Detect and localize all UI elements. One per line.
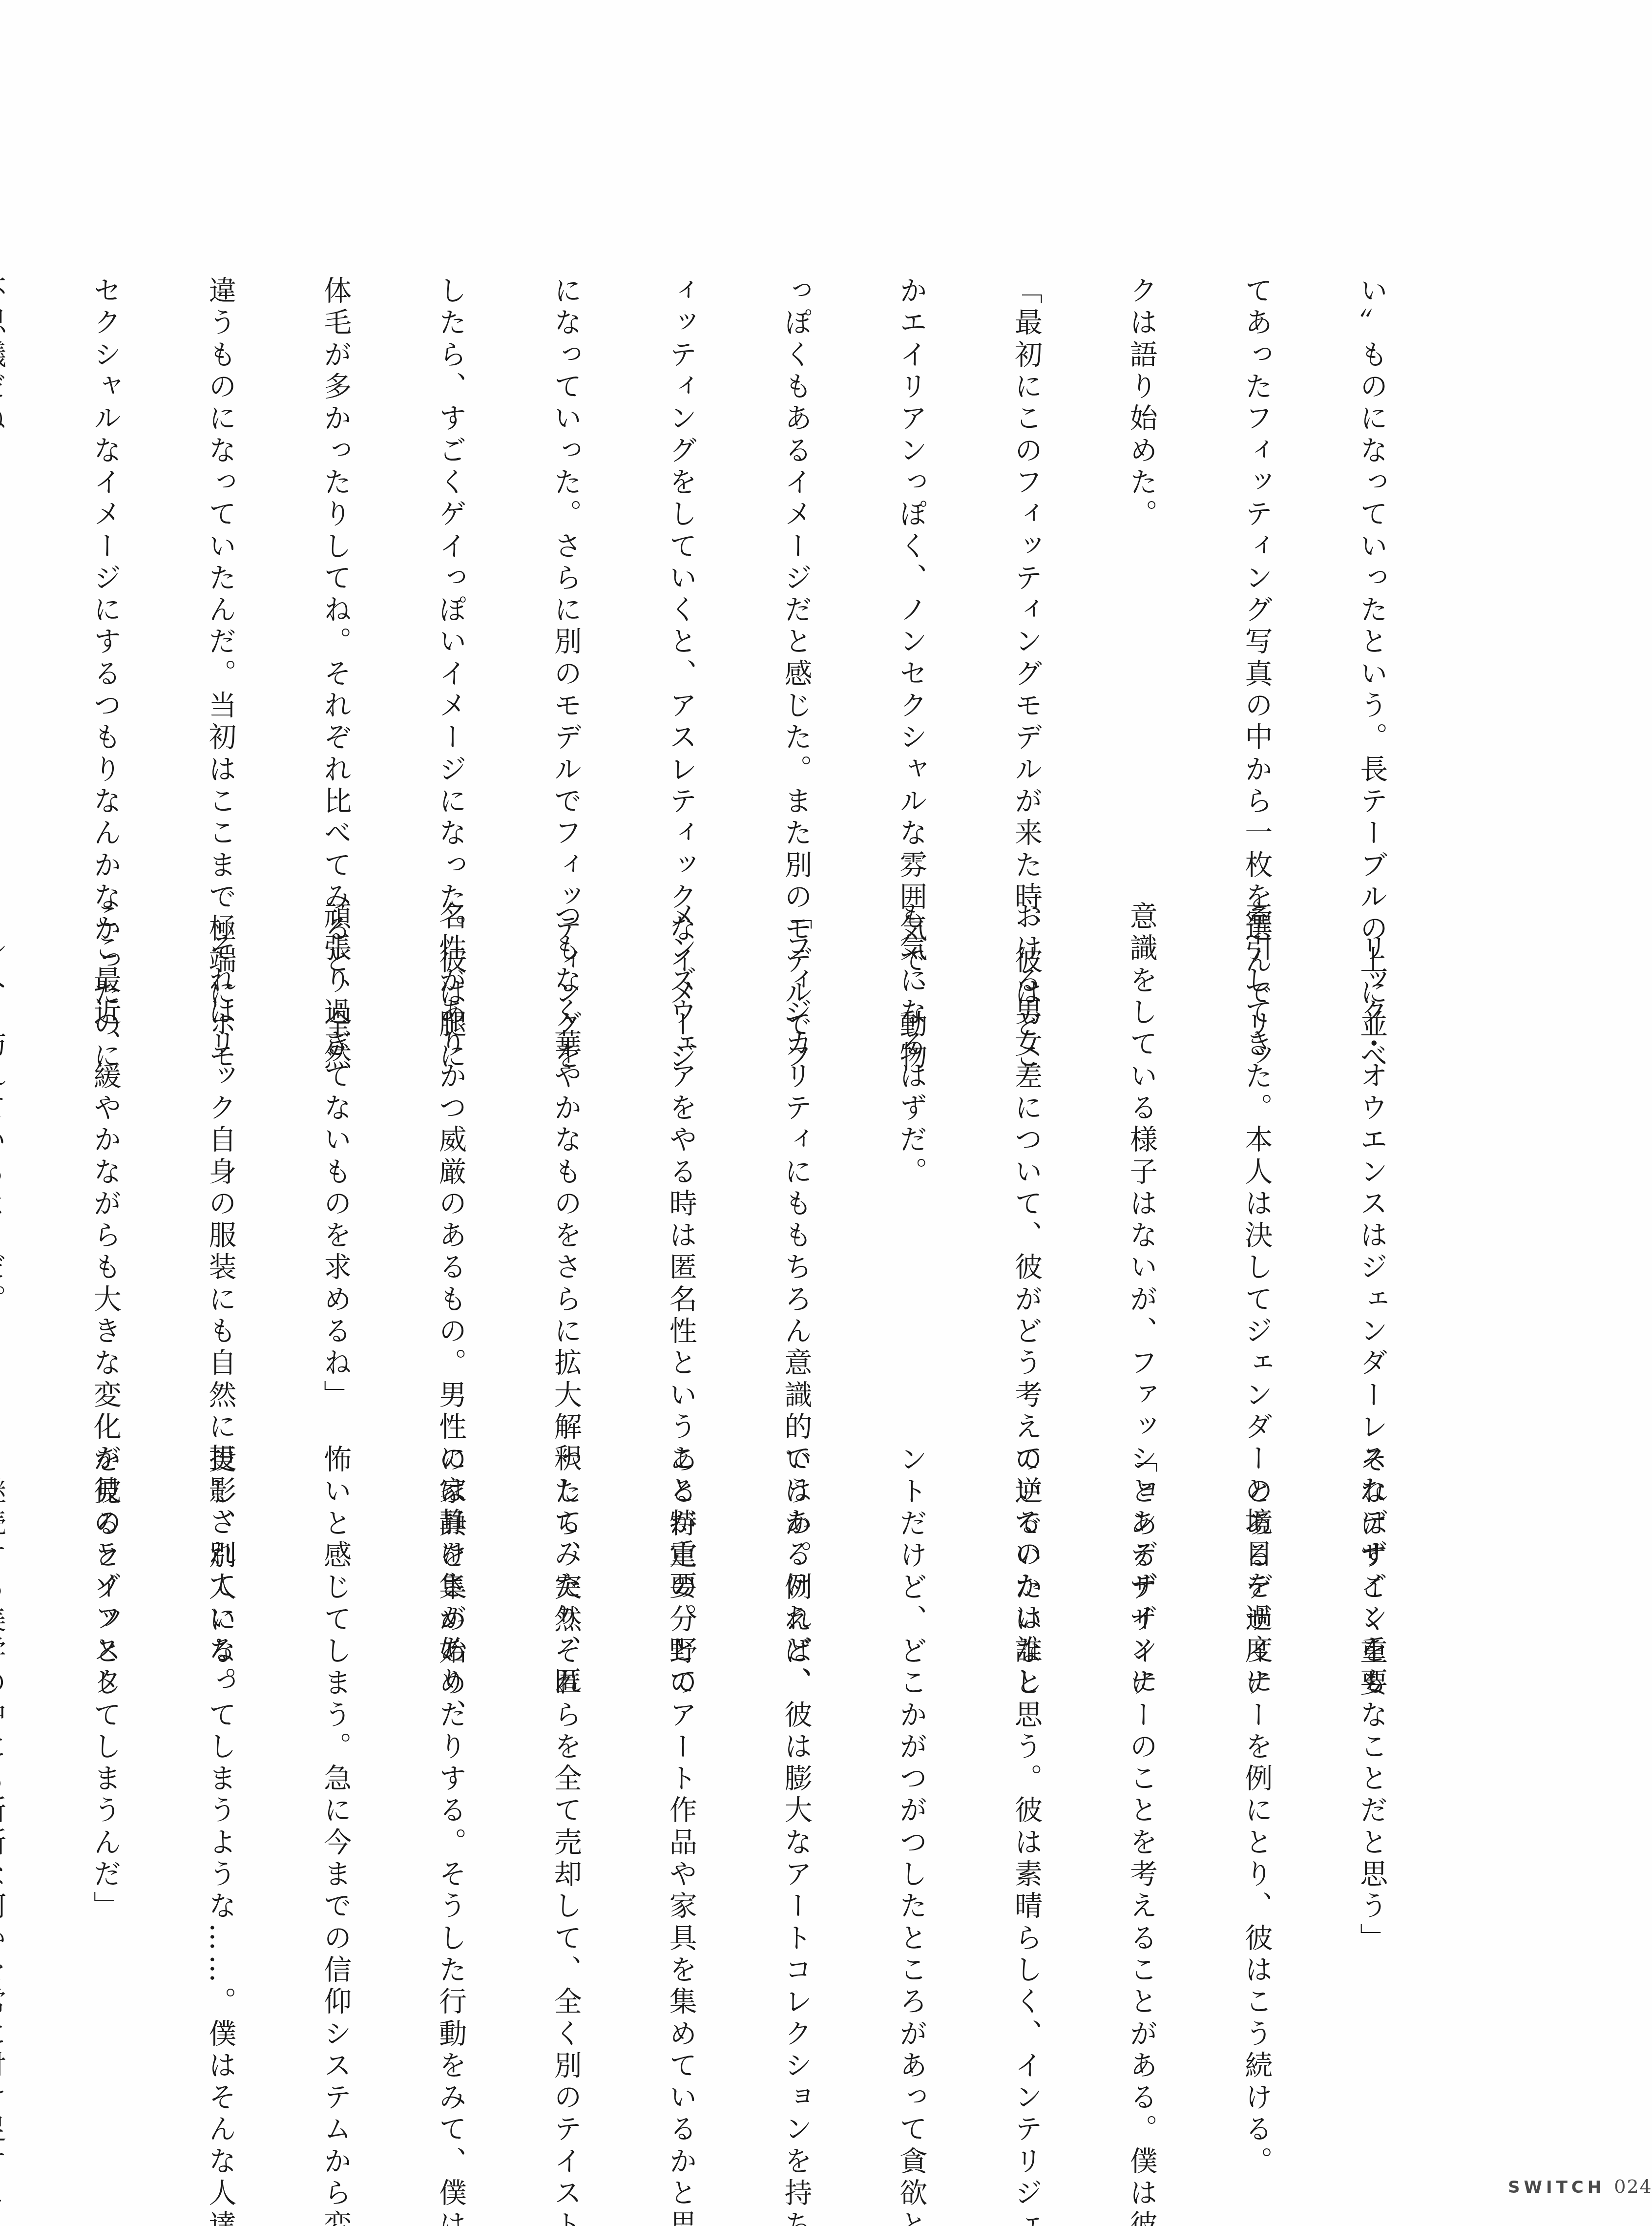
text-column: 名性がありかつ威厳のあるもの。男性には静けさがあり、: [431, 902, 470, 1483]
text-column: 「最初にこのフィッティングモデルが来た時、彼はどこ: [1007, 276, 1046, 857]
text-column: かエイリアンっぽく、ノンセクシャルな雰囲気で、動物: [892, 276, 930, 857]
text-column: クは語り始めた。: [1122, 276, 1161, 857]
text-column: ここ最近、緩やかながらも大きな変化が彼のライフスタ: [86, 902, 125, 1483]
text-column: っぽくもあるイメージだと感じた。また別のモデルでフ: [776, 276, 815, 857]
text-column: イルへと訪れているようだ。: [0, 902, 9, 1483]
text-column: てあったフィッティング写真の中から一枚を選んでリッ: [1237, 276, 1276, 857]
text-column: 違うものになっていたんだ。当初はここまで極端にホモ: [201, 276, 239, 857]
text-column: の逆でいたいなと思う。彼は素晴らしく、インテリジェ: [1007, 1445, 1046, 2026]
text-column: 更し、別人になってしまうような……。僕はそんな人達: [201, 1445, 239, 2026]
text-column: 頑張り過ぎてないものを求めるね」: [316, 902, 355, 1483]
text-column: 「フィジカリティにももちろん意識的ではあるけれど、: [776, 902, 815, 1483]
text-column: つもなく華やかなものをさらに拡大解釈してみたり、匿: [546, 902, 585, 1483]
page-footer: SWITCH024: [1508, 2176, 1652, 2197]
text-column: リック・オウエンスはジェンダーレスなデザインをも: [1352, 902, 1391, 1483]
text-column: ったら、突然それらを全て売却して、全く別のテイスト: [546, 1445, 585, 2026]
page-number: 024: [1614, 2176, 1652, 2197]
article-text-block-middle: リック・オウエンスはジェンダーレスなデザインをも 牽引してきた。本人は決してジェ…: [0, 902, 1467, 1483]
text-column: おける男女差について、彼がどう考えているのかは誰し: [1007, 902, 1046, 1483]
text-column: とあるデザイナーを例にとり、彼はこう続ける。: [1237, 1445, 1276, 2026]
text-column: を見るとゾッとしてしまうんだ」: [86, 1445, 125, 2026]
article-text-block-top: い〟ものになっていったという。長テーブルの上に並べ てあったフィッティング写真の…: [0, 276, 1467, 857]
text-column: い〟ものになっていったという。長テーブルの上に並べ: [1352, 276, 1391, 857]
text-column: 意識をしている様子はないが、ファッションデザインに: [1122, 902, 1161, 1483]
text-column: 怖いと感じてしまう。急に今までの信仰システムから変: [316, 1445, 355, 2026]
text-column: ントだけど、どこかがつがつしたところがあって貪欲と: [892, 1445, 930, 2026]
text-column: メンズウェアをやる時は匿名性ということが重要。とて: [662, 902, 700, 1483]
magazine-page: い〟ものになっていったという。長テーブルの上に並べ てあったフィッティング写真の…: [0, 0, 1652, 2226]
text-column: 不思議だね」: [0, 276, 9, 857]
text-column: したら、すごくゲイっぽいイメージになった。彼は腿に: [431, 276, 470, 857]
text-column: 牽引してきた。本人は決してジェンダーの境目を過度に: [1237, 902, 1276, 1483]
article-text-block-bottom: それはすごく重要なことだと思う」 とあるデザイナーを例にとり、彼はこう続ける。 …: [0, 1445, 1467, 2026]
text-column: になっていった。さらに別のモデルでフィッティングを: [546, 276, 585, 857]
text-column: それはリック自身の服装にも自然に投影されている。: [201, 902, 239, 1483]
magazine-name: SWITCH: [1508, 2178, 1605, 2197]
text-column: 「とあるデザイナーのことを考えることがある。僕は彼: [1122, 1445, 1161, 2026]
text-column: 体毛が多かったりしてね。それぞれ比べてみると、全然: [316, 276, 355, 857]
text-column: 継続する美学の中にも斬新な何かを常に付け足すこと: [0, 1445, 9, 2026]
text-column: いうか。例えば、彼は膨大なアートコレクションを持ち、: [776, 1445, 815, 2026]
text-column: の家具を集め始めたりする。そうした行動をみて、僕は: [431, 1445, 470, 2026]
text-column: も気になるはずだ。: [892, 902, 930, 1483]
text-column: ィッティングをしていくと、アスレティックなイメージ: [662, 276, 700, 857]
text-column: ある特定の分野のアート作品や家具を集めているかと思: [662, 1445, 700, 2026]
text-column: それはすごく重要なことだと思う」: [1352, 1445, 1391, 2026]
text-column: セクシャルなイメージにするつもりなんかなかったのに: [86, 276, 125, 857]
